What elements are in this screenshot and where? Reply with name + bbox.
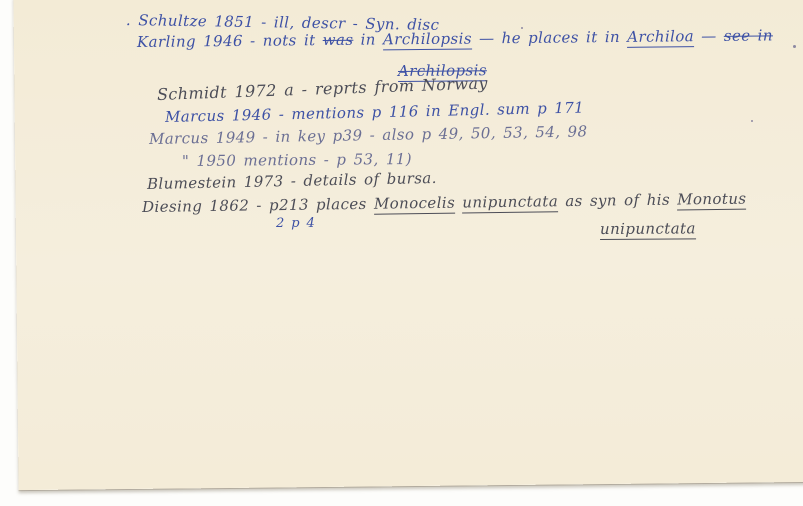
paper-speck — [521, 27, 523, 29]
paper-speck — [455, 104, 457, 106]
note-text: Blumestein 1973 - details of bursa. — [147, 169, 437, 193]
note-text: Marcus 1949 - in key p39 - also p 49, 50… — [149, 122, 588, 148]
taxon-name: Monotus — [677, 190, 747, 211]
taxon-name: Archilopsis — [383, 29, 472, 50]
note-text: — he places it in — [472, 28, 628, 48]
note-line: Schmidt 1972 a - reprts from Norway — [157, 73, 488, 104]
note-text: 2 p 4 — [276, 216, 315, 231]
note-text: " 1950 mentions - p 53, 11) — [182, 150, 412, 170]
note-text: Schmidt 1972 a - reprts from Norway — [157, 73, 488, 104]
paper-speck — [793, 45, 796, 48]
taxon-name: unipunctata — [462, 192, 558, 213]
note-text: Marcus 1946 - mentions p 116 in Engl. su… — [165, 98, 585, 126]
note-text-struck: see in — [724, 26, 773, 45]
taxon-name: Monocelis — [374, 194, 456, 215]
taxon-name: Archiloa — [627, 27, 694, 48]
note-text: in — [353, 30, 383, 48]
note-line: Marcus 1946 - mentions p 116 in Engl. su… — [165, 98, 585, 126]
note-text-struck: was — [323, 31, 354, 49]
note-text: Karling 1946 - nots it — [137, 31, 323, 51]
note-line: unipunctata — [600, 219, 696, 238]
note-line: " 1950 mentions - p 53, 11) — [182, 150, 412, 170]
paper-speck — [751, 120, 753, 122]
taxon-name: unipunctata — [600, 219, 696, 240]
note-text: Diesing 1862 - p213 places — [142, 195, 374, 216]
note-line: Diesing 1862 - p213 places Monocelis uni… — [142, 190, 747, 216]
handwriting-layer: . Schultze 1851 - ill, descr - Syn. disc… — [0, 0, 803, 506]
note-annotation: 2 p 4 — [276, 216, 315, 231]
note-line: Blumestein 1973 - details of bursa. — [147, 169, 437, 193]
note-text: — — [694, 27, 724, 45]
note-text: as syn of his — [558, 191, 677, 211]
scanned-page: . Schultze 1851 - ill, descr - Syn. disc… — [0, 0, 803, 506]
note-line: Marcus 1949 - in key p39 - also p 49, 50… — [149, 122, 588, 148]
